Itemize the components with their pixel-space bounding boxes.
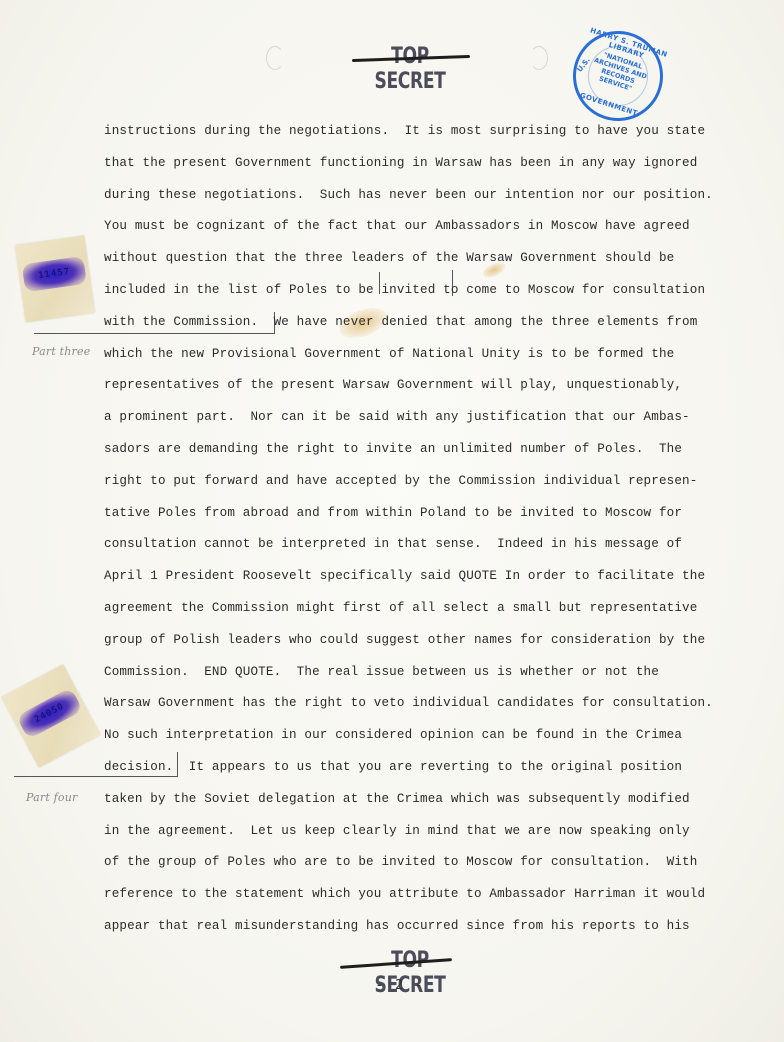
text-line: consultation cannot be interpreted in th… xyxy=(104,529,744,561)
text-line: decision. It appears to us that you are … xyxy=(104,752,744,784)
text-line: Commission. END QUOTE. The real issue be… xyxy=(104,657,744,689)
text-line: of the group of Poles who are to be invi… xyxy=(104,847,744,879)
margin-note-part-three: Part three xyxy=(32,345,90,358)
tape-ink-number: 24050 xyxy=(16,687,83,739)
text-line: April 1 President Roosevelt specifically… xyxy=(104,561,744,593)
text-line: appear that real misunderstanding has oc… xyxy=(104,911,744,943)
text-line: which the new Provisional Government of … xyxy=(104,339,744,371)
typewritten-body: instructions during the negotiations. It… xyxy=(104,116,744,943)
text-line: No such interpretation in our considered… xyxy=(104,720,744,752)
text-line: that the present Government functioning … xyxy=(104,148,744,180)
text-line: during these negotiations. Such has neve… xyxy=(104,180,744,212)
classification-header: TOP SECRET xyxy=(367,44,453,94)
archival-tape-label: 11457 xyxy=(15,236,95,323)
text-line: without question that the three leaders … xyxy=(104,243,744,275)
archival-tape-label: 24050 xyxy=(1,664,100,767)
document-page: TOP SECRET HARRY S. TRUMAN LIBRARY "NATI… xyxy=(0,0,784,1042)
text-line: Warsaw Government has the right to veto … xyxy=(104,688,744,720)
page-number: - 2 - xyxy=(370,978,430,993)
text-line: included in the list of Poles to be invi… xyxy=(104,275,744,307)
text-line: agreement the Commission might first of … xyxy=(104,593,744,625)
text-line: tative Poles from abroad and from within… xyxy=(104,498,744,530)
margin-note-part-four: Part four xyxy=(26,791,77,804)
text-line: with the Commission. We have never denie… xyxy=(104,307,744,339)
text-line: reference to the statement which you att… xyxy=(104,879,744,911)
text-line: You must be cognizant of the fact that o… xyxy=(104,211,744,243)
text-line: right to put forward and have accepted b… xyxy=(104,466,744,498)
punch-hole-right xyxy=(530,46,548,70)
text-line: sadors are demanding the right to invite… xyxy=(104,434,744,466)
text-line: representatives of the present Warsaw Go… xyxy=(104,370,744,402)
text-line: a prominent part. Nor can it be said wit… xyxy=(104,402,744,434)
text-line: instructions during the negotiations. It… xyxy=(104,116,744,148)
punch-hole-left xyxy=(266,46,284,70)
text-line: taken by the Soviet delegation at the Cr… xyxy=(104,784,744,816)
text-line: group of Polish leaders who could sugges… xyxy=(104,625,744,657)
text-line: in the agreement. Let us keep clearly in… xyxy=(104,816,744,848)
tape-ink-number: 11457 xyxy=(22,256,87,292)
